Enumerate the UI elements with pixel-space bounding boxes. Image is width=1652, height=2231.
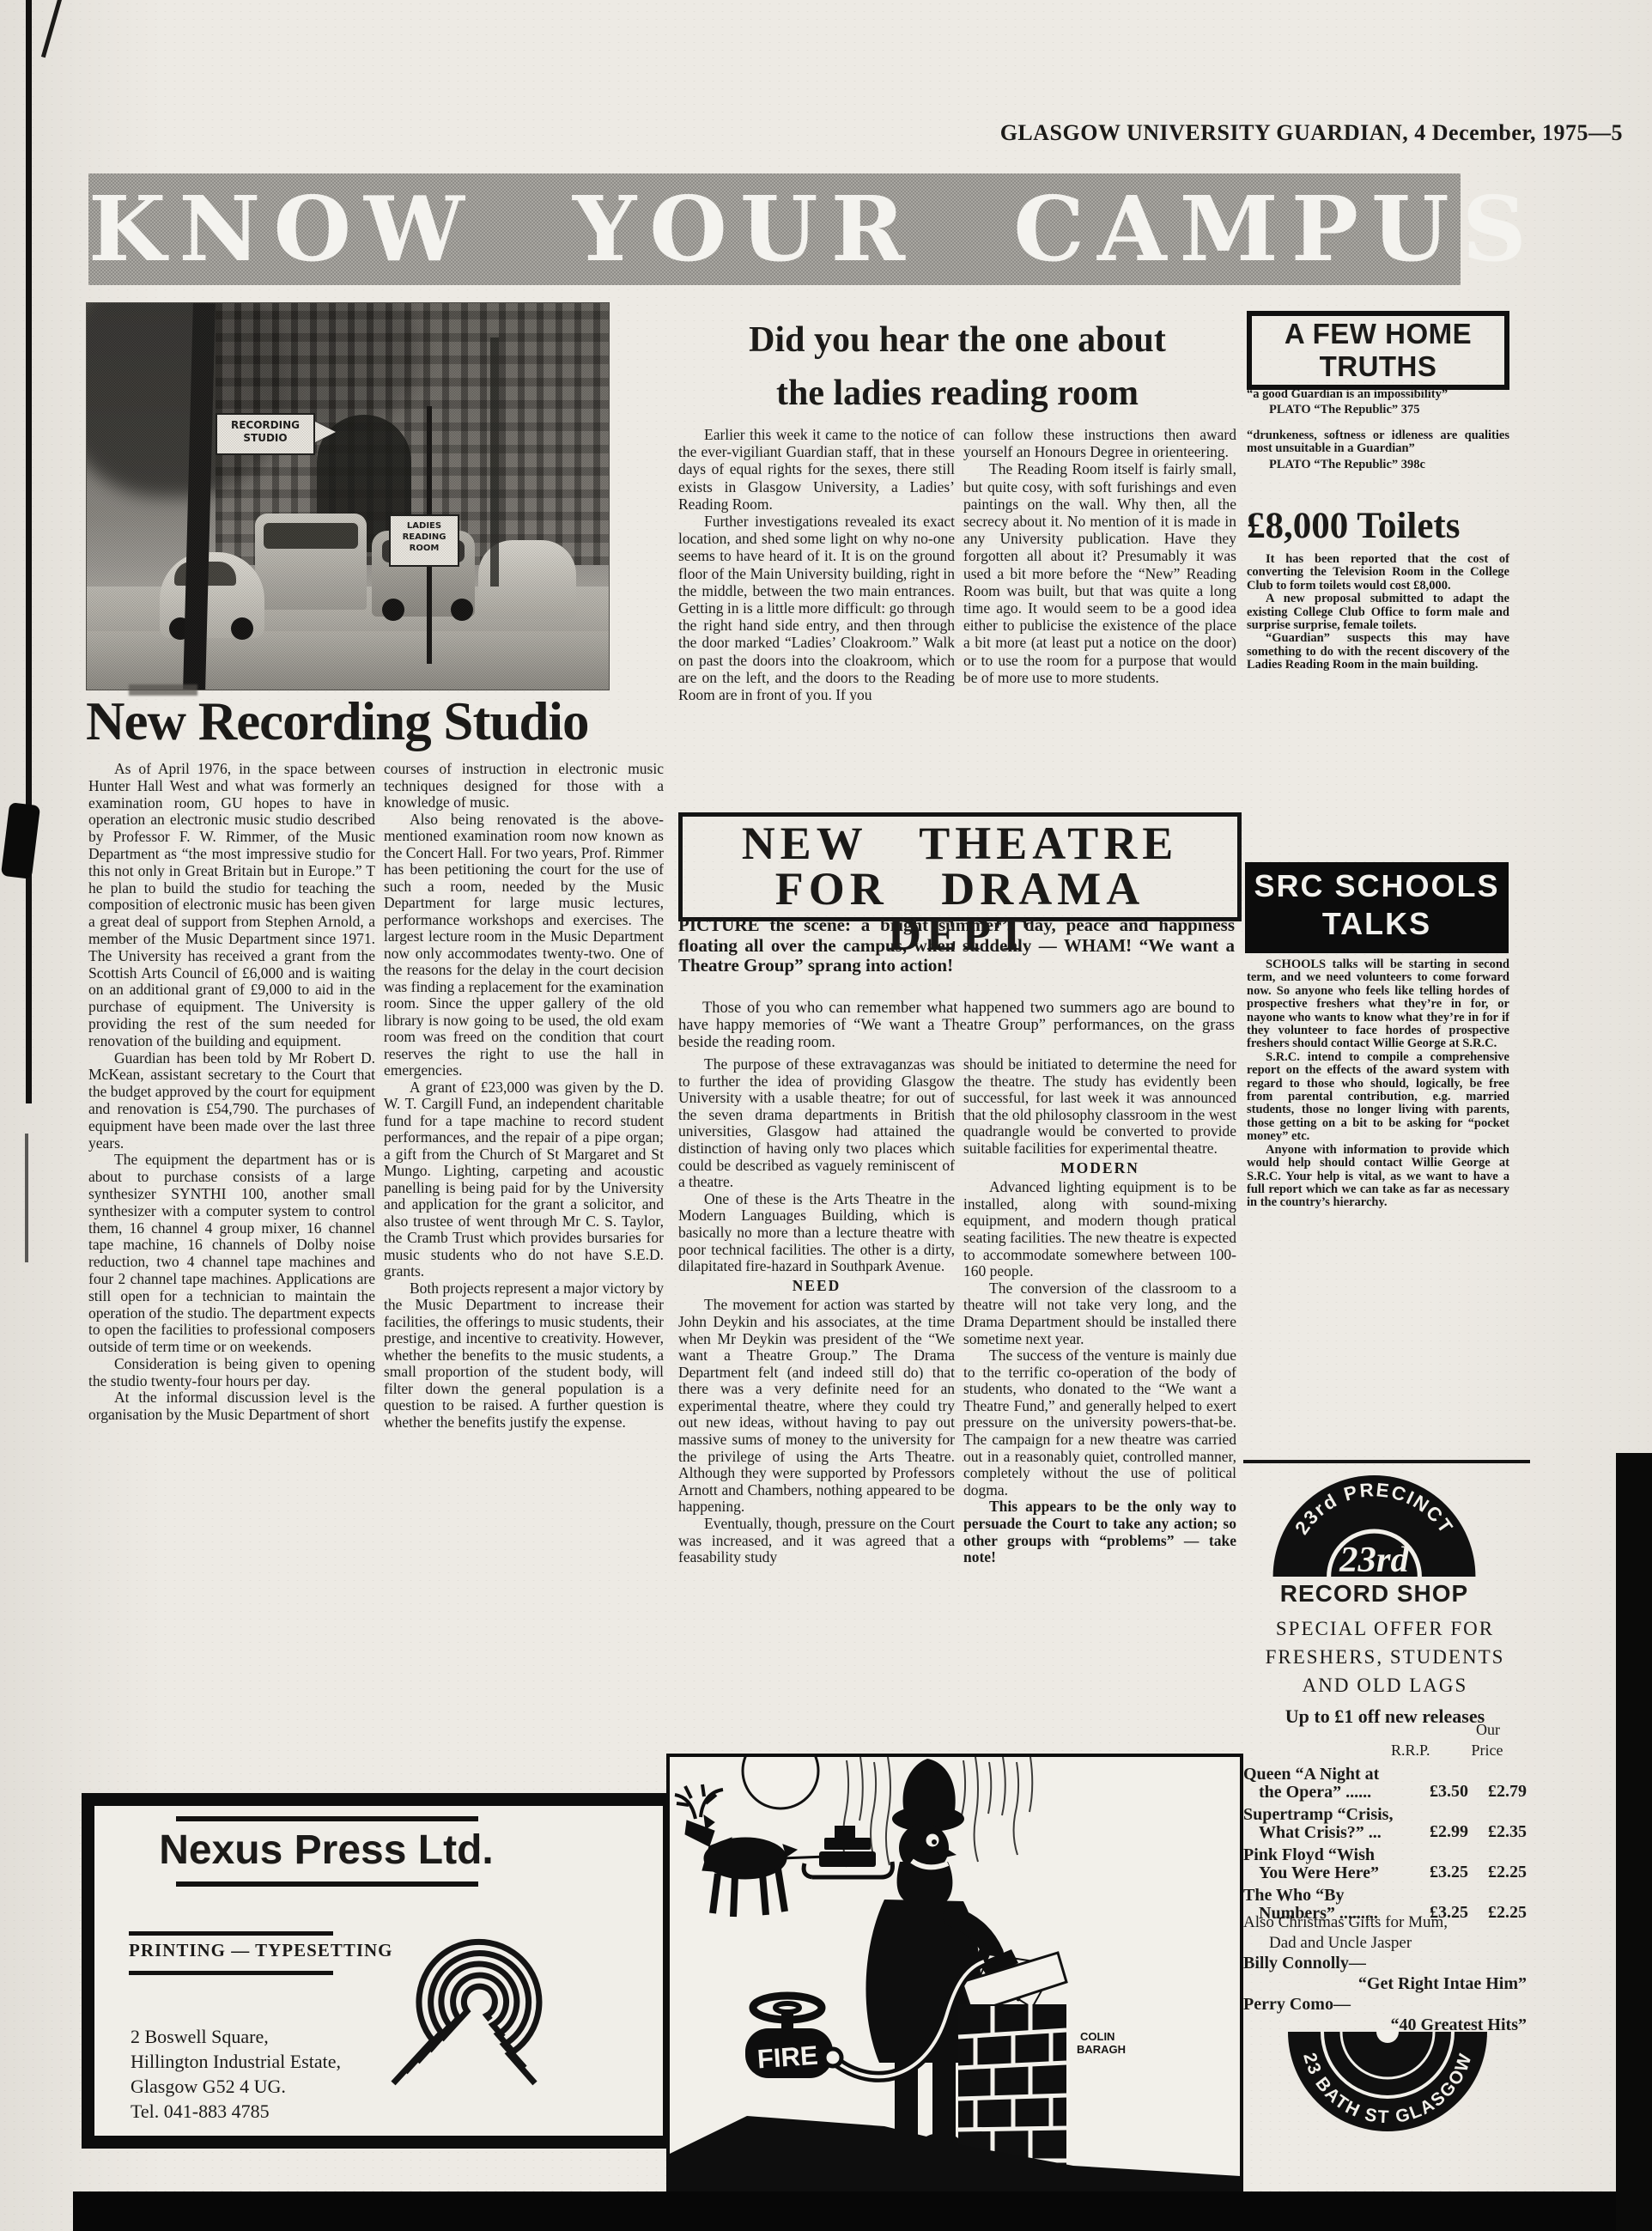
address-line: Tel. 041-883 4785 [131,2099,341,2124]
src-title: TALKS [1245,905,1509,943]
extra-line: Dad and Uncle Jasper [1243,1934,1527,1952]
scan-artifact-line [26,0,32,1103]
record-title-line: The Who “By [1243,1887,1413,1905]
home-truths-title: TRUTHS [1252,350,1504,383]
paragraph: Further investigations revealed its exac… [678,513,955,703]
record-our-price: £2.79 [1468,1782,1527,1802]
record-rrp: £3.50 [1413,1782,1468,1802]
record-row: Supertramp “Crisis,What Crisis?” ...£2.9… [1243,1806,1527,1842]
paragraph: should be initiated to determine the nee… [963,1056,1236,1158]
rule [176,1881,478,1887]
headline-toilets: £8,000 Toilets [1247,505,1461,547]
article-column: should be initiated to determine the nee… [963,1056,1236,1752]
theatre-lead: Those of you who can remember what happe… [678,1000,1235,1051]
paragraph: Both projects represent a major victory … [384,1280,664,1432]
article-column: The purpose of these extravaganzas was t… [678,1056,955,1752]
paragraph: can follow these instructions then award… [963,426,1236,460]
rule [176,1816,478,1821]
paragraph: Advanced lighting equipment is to be ins… [963,1179,1236,1280]
record-our-price: £2.35 [1468,1822,1527,1842]
record-title-line: Pink Floyd “Wish [1243,1846,1413,1864]
article-column: can follow these instructions then award… [963,426,1236,828]
logo-23rd: 23rd [1339,1540,1409,1578]
paragraph: As of April 1976, in the space between H… [88,761,375,1050]
quote: “a good Guardian is an impossibility” [1247,388,1509,401]
paragraph: NEED [678,1278,955,1295]
column-header-rrp: R.R.P. [1391,1742,1430,1760]
paragraph: Eventually, though, pressure on the Cour… [678,1516,955,1566]
nexus-logo [378,1916,550,2100]
masthead-date: GLASGOW UNIVERSITY GUARDIAN, 4 December,… [1000,120,1623,146]
record-title: Supertramp “Crisis,What Crisis?” ... [1243,1806,1413,1842]
scan-artifact-scratch [41,0,63,58]
paragraph: It has been reported that the cost of co… [1247,553,1509,593]
record-title-line: the Opera” ...... [1243,1784,1413,1802]
record-row: Pink Floyd “WishYou Were Here”£3.25£2.25 [1243,1846,1527,1882]
paragraph: The movement for action was started by J… [678,1297,955,1516]
record-title: Queen “A Night atthe Opera” ...... [1243,1766,1413,1802]
cartoonist-signature: COLIN [1080,2030,1114,2043]
quote: “drunkeness, softness or idleness are qu… [1247,429,1509,456]
paragraph: courses of instruction in electronic mus… [384,761,664,812]
paragraph: The success of the venture is mainly due… [963,1347,1236,1498]
headline-ladies-reading-room: Did you hear the one about [678,319,1236,361]
paragraph: A new proposal submitted to adapt the ex… [1247,593,1509,632]
column-header-our: Our [1458,1721,1518,1739]
newspaper-page: GLASGOW UNIVERSITY GUARDIAN, 4 December,… [0,0,1652,2231]
scan-artifact-line [25,1134,28,1262]
nexus-services: PRINTING — TYPESETTING [129,1940,333,1961]
record-title-line: Queen “A Night at [1243,1766,1413,1784]
scan-artifact-blob [1,802,40,879]
headline-new-recording-studio: New Recording Studio [86,690,670,753]
photo-grain [87,303,609,690]
record-shop-label: RECORD SHOP [1269,1580,1479,1608]
paragraph: Consideration is being given to opening … [88,1356,375,1390]
address-line: 2 Boswell Square, [131,2024,341,2049]
record-row: Queen “A Night atthe Opera” ......£3.50£… [1243,1766,1527,1802]
article-column: As of April 1976, in the space between H… [88,761,375,1779]
paragraph: One of these is the Arts Theatre in the … [678,1191,955,1275]
paragraph: MODERN [963,1160,1236,1177]
price-list: Queen “A Night atthe Opera” ......£3.50£… [1243,1766,1527,1927]
extra-line: Billy Connolly— [1243,1954,1527,1973]
paragraph: The equipment the department has or is a… [88,1152,375,1356]
record-shop-ad: 23rd PRECINCT 23rd RECORD SHOP SPECIAL O… [1243,1460,1530,2195]
src-article: SCHOOLS talks will be starting in second… [1247,958,1509,1328]
rule [129,1971,333,1975]
extra-line: “Get Right Intae Him” [1243,1975,1527,1993]
src-title: SRC SCHOOLS [1245,867,1509,905]
special-offer: SPECIAL OFFER FORFRESHERS, STUDENTSAND O… [1243,1614,1527,1699]
paragraph: A grant of £23,000 was given by the D. W… [384,1079,664,1280]
scan-artifact-right-bar [1616,1453,1652,2231]
theatre-intro: PICTURE the scene: a bright summer’s day… [678,915,1235,976]
quote-attribution: PLATO “The Republic” 375 [1247,404,1509,416]
paragraph: The purpose of these extravaganzas was t… [678,1056,955,1191]
article-column: courses of instruction in electronic mus… [384,761,664,1779]
home-truths-box: A FEW HOME TRUTHS [1247,311,1509,390]
santa-cartoon: FIRE COLIN BARAGH [666,1754,1243,2197]
extra-offers: Also Christmas Gifts for Mum,Dad and Unc… [1243,1913,1527,2037]
extra-line: Also Christmas Gifts for Mum, [1243,1913,1527,1931]
paragraph: This appears to be the only way to persu… [963,1498,1236,1565]
record-rrp: £3.25 [1413,1863,1468,1882]
nexus-title: Nexus Press Ltd. [155,1827,498,1874]
paragraph: “Guardian” suspects this may have someth… [1247,632,1509,672]
nexus-address: 2 Boswell Square,Hillington Industrial E… [131,2024,341,2124]
quote-attribution: PLATO “The Republic” 398c [1247,459,1509,471]
src-schools-talks-box: SRC SCHOOLS TALKS [1245,862,1509,953]
paragraph: Earlier this week it came to the notice … [678,426,955,513]
address-line: Hillington Industrial Estate, [131,2049,341,2074]
record-title-line: Supertramp “Crisis, [1243,1806,1413,1824]
article-column: Earlier this week it came to the notice … [678,426,955,828]
record-title-line: You Were Here” [1243,1864,1413,1882]
cartoonist-signature: BARAGH [1077,2043,1126,2056]
headline-ladies-reading-room: the ladies reading room [678,373,1236,414]
scan-artifact-bottom-bar [73,2191,1652,2231]
paragraph: S.R.C. intend to compile a comprehensive… [1247,1051,1509,1144]
offer-line: SPECIAL OFFER FOR [1243,1614,1527,1643]
paragraph: The conversion of the classroom to a the… [963,1280,1236,1347]
santa-cartoon-drawing: FIRE COLIN BARAGH [670,1757,1240,2197]
record-our-price: £2.25 [1468,1863,1527,1882]
paragraph: At the informal discussion level is the … [88,1389,375,1424]
record-rrp: £2.99 [1413,1822,1468,1842]
paragraph: Guardian has been told by Mr Robert D. M… [88,1050,375,1152]
offer-line: FRESHERS, STUDENTS [1243,1643,1527,1671]
toilets-article: It has been reported that the cost of co… [1247,553,1509,725]
record-title: Pink Floyd “WishYou Were Here” [1243,1846,1413,1882]
paragraph: SCHOOLS talks will be starting in second… [1247,958,1509,1051]
campus-photo: RECORDING STUDIO LADIES READING ROOM [86,302,610,690]
know-your-campus-banner: KNOW YOUR CAMPUS [88,173,1461,285]
rule [129,1931,333,1936]
nexus-press-ad: Nexus Press Ltd. PRINTING — TYPESETTING … [82,1793,676,2149]
extra-line: Perry Como— [1243,1996,1527,2014]
home-truths-title: A FEW HOME [1252,318,1504,350]
record-disc-logo: 23 BATH ST GLASGOW [1285,2030,1491,2133]
offer-line: AND OLD LAGS [1243,1671,1527,1699]
column-header-price: Price [1453,1742,1521,1760]
headline-line: NEW THEATRE [683,821,1237,866]
record-shop-logo: 23rd PRECINCT 23rd [1269,1474,1479,1578]
paragraph: Also being renovated is the above-mentio… [384,812,664,1079]
address-line: Glasgow G52 4 UG. [131,2074,341,2099]
record-title-line: What Crisis?” ... [1243,1824,1413,1842]
plato-quotes: “a good Guardian is an impossibility” PL… [1247,388,1509,483]
paragraph: The Reading Room itself is fairly small,… [963,460,1236,686]
fire-label: FIRE [756,2040,819,2075]
paragraph: Anyone with information to provide which… [1247,1144,1509,1210]
headline-new-theatre-box: NEW THEATRE FOR DRAMA DEPT [678,812,1242,921]
